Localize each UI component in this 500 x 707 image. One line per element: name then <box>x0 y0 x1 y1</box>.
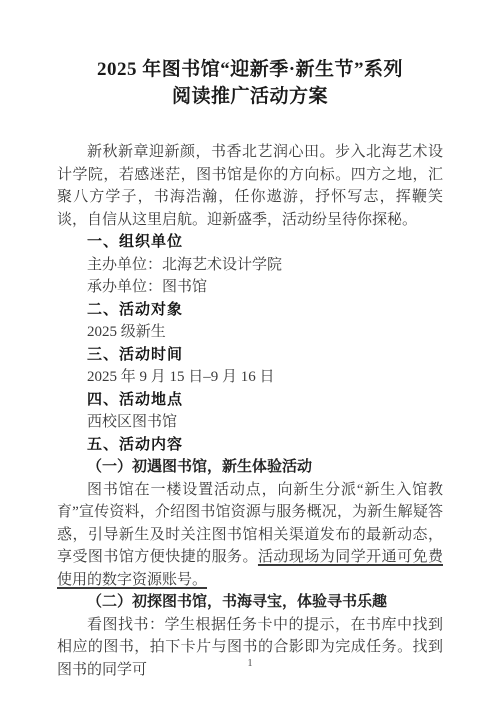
activity-1-heading: （一）初遇图书馆，新生体验活动 <box>57 456 443 479</box>
document-page: 2025 年图书馆“迎新季·新生节”系列 阅读推广活动方案 新秋新章迎新颜，书香… <box>0 0 500 707</box>
document-title-line-1: 2025 年图书馆“迎新季·新生节”系列 <box>0 56 500 83</box>
location-line: 西校区图书馆 <box>57 411 443 434</box>
section-heading-location: 四、活动地点 <box>57 389 443 412</box>
page-number: 1 <box>0 658 500 669</box>
organizer-undertaker-line: 承办单位：图书馆 <box>57 276 443 299</box>
section-heading-organizers: 一、组织单位 <box>57 231 443 254</box>
document-title-line-2: 阅读推广活动方案 <box>0 83 500 110</box>
time-line: 2025 年 9 月 15 日–9 月 16 日 <box>57 366 443 389</box>
activity-1-paragraph: 图书馆在一楼设置活动点，向新生分派“新生入馆教育”宣传资料，介绍图书馆资源与服务… <box>57 479 443 592</box>
document-body: 新秋新章迎新颜，书香北艺润心田。步入北海艺术设计学院，若感迷茫，图书馆是你的方向… <box>57 141 443 681</box>
intro-paragraph: 新秋新章迎新颜，书香北艺润心田。步入北海艺术设计学院，若感迷茫，图书馆是你的方向… <box>57 141 443 231</box>
section-heading-time: 三、活动时间 <box>57 344 443 367</box>
section-heading-content: 五、活动内容 <box>57 434 443 457</box>
organizer-host-line: 主办单位：北海艺术设计学院 <box>57 254 443 277</box>
activity-2-paragraph: 看图找书：学生根据任务卡中的提示，在书库中找到相应的图书，拍下卡片与图书的合影即… <box>57 614 443 682</box>
audience-line: 2025 级新生 <box>57 321 443 344</box>
activity-2-heading: （二）初探图书馆，书海寻宝，体验寻书乐趣 <box>57 591 443 614</box>
document-title: 2025 年图书馆“迎新季·新生节”系列 阅读推广活动方案 <box>0 0 500 110</box>
section-heading-audience: 二、活动对象 <box>57 299 443 322</box>
